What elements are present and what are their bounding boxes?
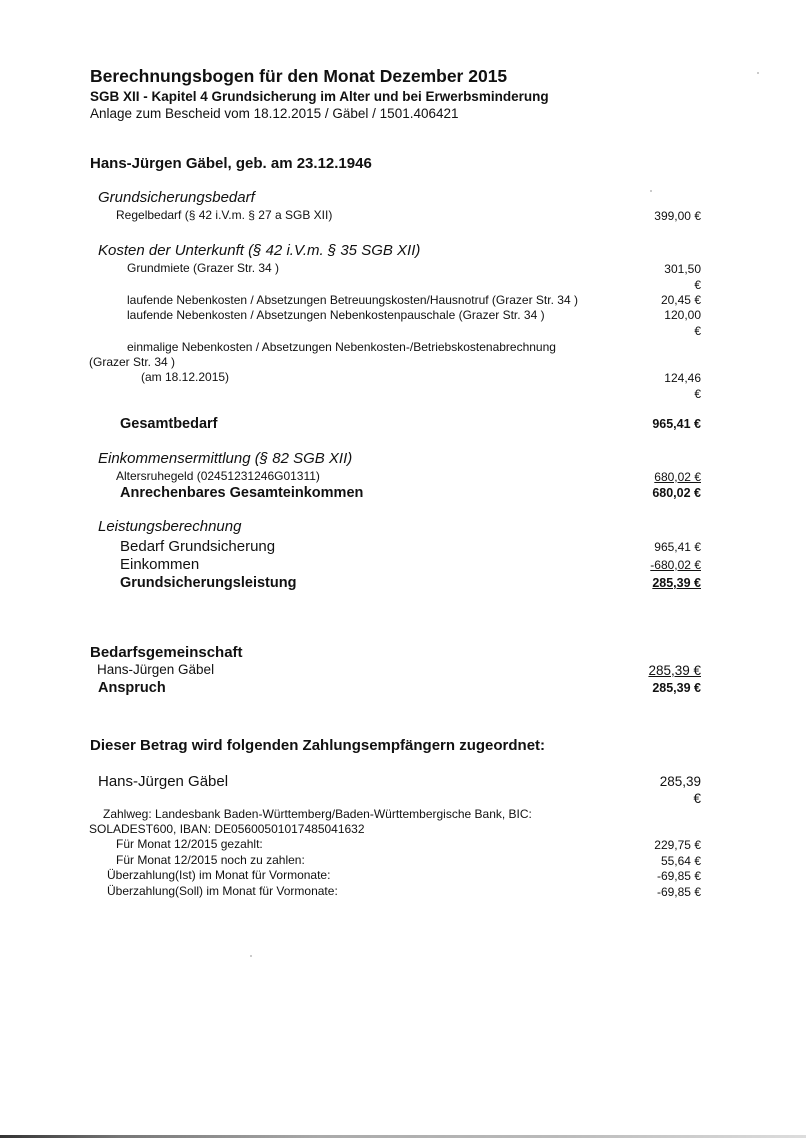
bedarfsgemeinschaft-member-amount: 285,39 € <box>648 664 701 678</box>
nebenkosten-betreuung-amount: 20,45 € <box>661 294 701 306</box>
document-annex-reference: Anlage zum Bescheid vom 18.12.2015 / Gäb… <box>90 107 459 121</box>
payment-row-label: Überzahlung(Soll) im Monat für Vormonate… <box>107 885 338 897</box>
einkommen-label: Einkommen <box>120 557 199 572</box>
einmalige-nebenkosten-label-line2: (Grazer Str. 34 ) <box>89 356 175 368</box>
payment-row-amount: -69,85 € <box>657 870 701 882</box>
gesamtbedarf-label: Gesamtbedarf <box>120 417 218 432</box>
regelbedarf-label: Regelbedarf (§ 42 i.V.m. § 27 a SGB XII) <box>116 209 332 221</box>
section-heading-leistungsberechnung: Leistungsberechnung <box>98 519 241 534</box>
scan-speck <box>250 955 252 957</box>
recipient-currency: € <box>693 792 701 806</box>
regelbedarf-amount: 399,00 € <box>654 210 701 222</box>
einmalige-nebenkosten-label-line3: (am 18.12.2015) <box>141 371 229 383</box>
recipient-amount: 285,39 <box>660 775 701 789</box>
nebenkostenpauschale-currency: € <box>694 325 701 337</box>
nebenkostenpauschale-amount: 120,00 <box>664 309 701 321</box>
payment-row-label: Für Monat 12/2015 noch zu zahlen: <box>116 854 305 866</box>
einmalige-nebenkosten-currency: € <box>694 388 701 400</box>
altersruhegeld-amount: 680,02 € <box>654 471 701 483</box>
payment-row-amount: 229,75 € <box>654 839 701 851</box>
einkommen-amount: -680,02 € <box>650 559 701 571</box>
einmalige-nebenkosten-amount: 124,46 <box>664 372 701 384</box>
payment-row-amount: -69,85 € <box>657 886 701 898</box>
section-heading-grundsicherungsbedarf: Grundsicherungsbedarf <box>98 190 255 205</box>
grundmiete-currency: € <box>694 279 701 291</box>
grundmiete-label: Grundmiete (Grazer Str. 34 ) <box>127 262 279 274</box>
bedarf-grundsicherung-label: Bedarf Grundsicherung <box>120 539 275 554</box>
zahlweg-line2: SOLADEST600, IBAN: DE0560050101748504163… <box>89 823 365 835</box>
anrechenbares-gesamteinkommen-label: Anrechenbares Gesamteinkommen <box>120 486 363 501</box>
grundsicherungsleistung-amount: 285,39 € <box>652 577 701 590</box>
recipient-name: Hans-Jürgen Gäbel <box>98 774 228 789</box>
grundmiete-amount: 301,50 <box>664 263 701 275</box>
payment-row-label: Überzahlung(Ist) im Monat für Vormonate: <box>107 869 330 881</box>
nebenkostenpauschale-label: laufende Nebenkosten / Absetzungen Neben… <box>127 309 545 321</box>
scan-speck <box>757 72 759 74</box>
anspruch-amount: 285,39 € <box>652 682 701 695</box>
grundsicherungsleistung-label: Grundsicherungsleistung <box>120 576 296 591</box>
payment-row-label: Für Monat 12/2015 gezahlt: <box>116 838 263 850</box>
section-heading-einkommensermittlung: Einkommensermittlung (§ 82 SGB XII) <box>98 451 352 466</box>
person-heading: Hans-Jürgen Gäbel, geb. am 23.12.1946 <box>90 156 372 171</box>
altersruhegeld-label: Altersruhegeld (02451231246G01311) <box>116 470 320 482</box>
document-title: Berechnungsbogen für den Monat Dezember … <box>90 68 507 86</box>
anspruch-label: Anspruch <box>98 681 166 696</box>
payment-row-amount: 55,64 € <box>661 855 701 867</box>
bedarf-grundsicherung-amount: 965,41 € <box>654 541 701 553</box>
bedarfsgemeinschaft-member-name: Hans-Jürgen Gäbel <box>97 663 214 677</box>
section-heading-kosten-unterkunft: Kosten der Unterkunft (§ 42 i.V.m. § 35 … <box>98 243 420 258</box>
anrechenbares-gesamteinkommen-amount: 680,02 € <box>652 487 701 500</box>
einmalige-nebenkosten-label-line1: einmalige Nebenkosten / Absetzungen Nebe… <box>127 341 556 353</box>
nebenkosten-betreuung-label: laufende Nebenkosten / Absetzungen Betre… <box>127 294 578 306</box>
gesamtbedarf-amount: 965,41 € <box>652 418 701 431</box>
scan-speck <box>650 190 652 192</box>
zahlungsempfaenger-heading: Dieser Betrag wird folgenden Zahlungsemp… <box>90 738 545 753</box>
zahlweg-line1: Zahlweg: Landesbank Baden-Württemberg/Ba… <box>103 808 532 820</box>
document-subtitle: SGB XII - Kapitel 4 Grundsicherung im Al… <box>90 90 549 104</box>
bedarfsgemeinschaft-heading: Bedarfsgemeinschaft <box>90 645 243 660</box>
